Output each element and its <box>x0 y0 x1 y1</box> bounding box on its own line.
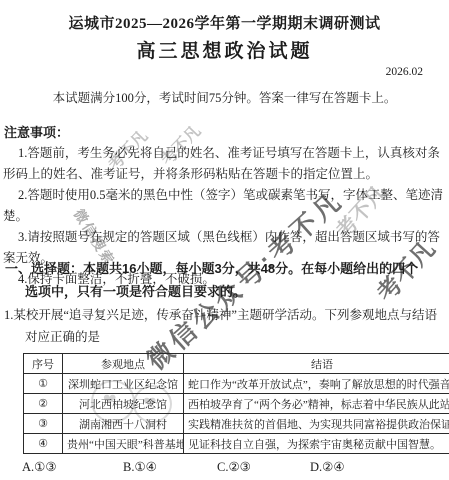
question-1-table: 序号 参观地点 结语 ① 深圳蛇口工业区纪念馆 蛇口作为“改革开放试点”，奏响了… <box>23 353 449 454</box>
option-a: A.①③ <box>22 459 57 475</box>
row-remark: 见证科技自立自强，为探索宇宙奥秘贡献中国智慧。 <box>184 434 449 454</box>
option-c: C.②③ <box>217 459 251 475</box>
notice-item-1: 1.答题前，考生务必先将自己的姓名、准考证号填写在答题卡上，认真核对条形码上的姓… <box>3 143 444 185</box>
row-number: ② <box>24 394 63 414</box>
row-number: ③ <box>24 414 63 434</box>
table-header-row: 序号 参观地点 结语 <box>24 354 449 374</box>
table-row: ③ 湖南湘西十八洞村 实践精准扶贫的首倡地、为实现共同富裕提供政治保证。 <box>24 414 449 434</box>
exam-info: 本试题满分100分，考试时间75分钟。答案一律写在答题卡上。 <box>0 88 449 106</box>
exam-date: 2026.02 <box>386 66 423 78</box>
question-1-stem: 1.某校开展“追寻复兴足迹，传承奋斗精神”主题研学活动。下列参观地点与结语对应正… <box>4 304 438 348</box>
notice-heading: 注意事项： <box>4 122 69 141</box>
table-header-remark: 结语 <box>184 354 449 374</box>
row-place: 河北西柏坡纪念馆 <box>63 394 184 414</box>
row-remark: 实践精准扶贫的首倡地、为实现共同富裕提供政治保证。 <box>184 414 449 434</box>
row-number: ④ <box>24 434 63 454</box>
table-row: ④ 贵州“中国天眼”科普基地 见证科技自立自强，为探索宇宙奥秘贡献中国智慧。 <box>24 434 449 454</box>
exam-title-line1: 运城市2025—2026学年第一学期期末调研测试 <box>0 12 449 33</box>
row-place: 湖南湘西十八洞村 <box>63 414 184 434</box>
table-row: ② 河北西柏坡纪念馆 西柏坡孕育了“两个务必”精神，标志着中华民族从此站起来了。 <box>24 394 449 414</box>
table-row: ① 深圳蛇口工业区纪念馆 蛇口作为“改革开放试点”，奏响了解放思想的时代强音。 <box>24 374 449 394</box>
notice-item-2: 2.答题时使用0.5毫米的黑色中性（签字）笔或碳素笔书写，字体工整、笔迹清楚。 <box>3 185 444 227</box>
row-remark: 西柏坡孕育了“两个务必”精神，标志着中华民族从此站起来了。 <box>184 394 449 414</box>
section-heading: 一、选择题：本题共16小题，每小题3分，共48分。在每小题给出的四个选项中，只有… <box>5 257 431 303</box>
table-header-number: 序号 <box>24 354 63 374</box>
exam-title-line2: 高三思想政治试题 <box>0 36 449 63</box>
exam-paper-page: 考不凡 考不凡 考不凡 微信公众号:考不凡 考不凡 微信搜索 ❤ ❤ 运城市20… <box>0 0 449 480</box>
row-number: ① <box>24 374 63 394</box>
row-place: 贵州“中国天眼”科普基地 <box>63 434 184 454</box>
option-d: D.②④ <box>310 459 345 475</box>
table-header-place: 参观地点 <box>63 354 184 374</box>
row-place: 深圳蛇口工业区纪念馆 <box>63 374 184 394</box>
row-remark: 蛇口作为“改革开放试点”，奏响了解放思想的时代强音。 <box>184 374 449 394</box>
option-b: B.①④ <box>123 459 157 475</box>
